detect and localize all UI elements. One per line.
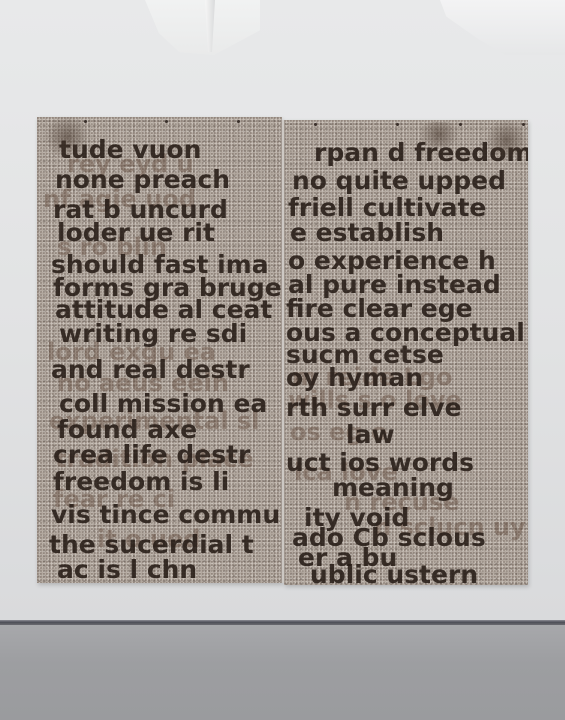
woven-word-line: freedom is li — [53, 469, 229, 494]
panel-seam — [281, 120, 285, 583]
woven-word-line: e establish — [290, 220, 444, 245]
woven-word-line: friell cultivate — [288, 195, 486, 220]
grommet — [314, 123, 317, 126]
grommet — [237, 120, 240, 123]
woven-word-line: crea life destr — [53, 442, 250, 467]
grommet — [522, 123, 525, 126]
grommet — [165, 120, 168, 123]
textile-panel-right: m reide Lgo wills s o love os eg o lca l… — [284, 120, 528, 585]
grommet — [396, 123, 399, 126]
gallery-floor — [0, 625, 565, 720]
grommet — [84, 120, 87, 123]
dark-speckle-patch — [42, 117, 92, 157]
dark-speckle-patch — [414, 122, 464, 147]
textile-panel-left: rey eyd u nf agie uod s ro blin lord exg… — [37, 117, 282, 583]
woven-word-line: writing re sdi — [59, 321, 247, 346]
woven-word-line: found axe — [57, 417, 197, 442]
woven-word-line: and real destr — [51, 357, 250, 382]
woven-word-line: ac is l chn — [57, 557, 197, 582]
woven-word-line: uct ios words — [286, 450, 474, 475]
woven-word-line: loder ue rit — [57, 220, 215, 245]
woven-word-line: nonе preach — [55, 167, 230, 192]
woven-word-line: no quite upped — [292, 168, 506, 193]
woven-word-line: the sucerdial t — [49, 532, 254, 557]
woven-word-line: coll mission ea — [59, 391, 267, 416]
woven-word-line: law — [346, 422, 395, 447]
woven-word-line: oy hyman — [286, 365, 423, 390]
dark-speckle-patch — [484, 120, 528, 160]
woven-word-line: ublic ustern — [310, 562, 478, 585]
woven-word-line: rth surr elve — [286, 395, 462, 420]
woven-word-line: meaning — [332, 475, 454, 500]
grommet — [459, 123, 462, 126]
woven-word-line: vis tince commu — [51, 502, 280, 527]
